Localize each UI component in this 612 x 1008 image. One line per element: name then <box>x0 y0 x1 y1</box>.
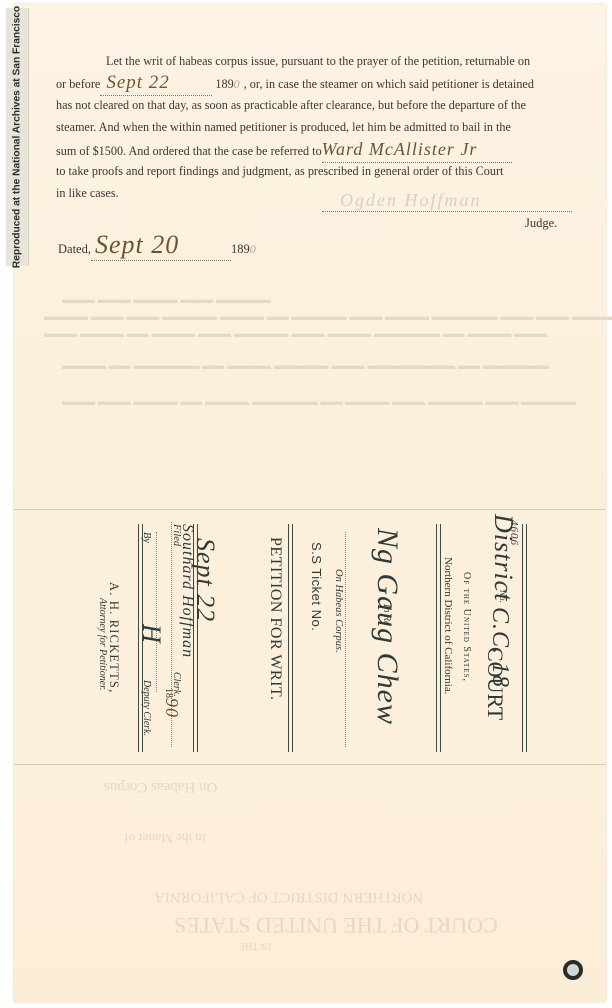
handwritten-file-number: 4606 <box>508 520 520 546</box>
endorsement-panel: A. H. RICKETTS, Attorney for Petitioner.… <box>108 512 528 752</box>
double-rule <box>522 524 527 752</box>
dotted-rule <box>345 532 346 747</box>
archive-stamp-text: Reproduced at the National Archives at S… <box>12 6 23 268</box>
dated-line: Dated,Sept 201890 <box>58 230 257 261</box>
order-line: or beforeSept 22 1890 , or, in case the … <box>56 72 534 96</box>
bleed-through-text: ▬▬▬ ▬▬▬▬ ▬▬ ▬▬▬▬ ▬▬▬ ▬▬▬▬▬ ▬▬▬ ▬▬▬▬ ▬▬▬▬… <box>44 328 547 340</box>
district-name: Northern District of California. <box>442 557 454 694</box>
double-rule <box>436 524 441 752</box>
dotted-rule <box>156 532 157 692</box>
attorney-role: Attorney for Petitioner. <box>97 598 108 691</box>
order-line: to take proofs and report findings and j… <box>56 160 503 182</box>
order-line: in like cases. <box>56 182 119 204</box>
order-line: Let the writ of habeas corpus issue, pur… <box>106 50 530 72</box>
handwritten-return-date: Sept 22 <box>106 72 169 93</box>
order-line: steamer. And when the within named petit… <box>56 116 511 138</box>
attorney-name: A. H. RICKETTS, <box>106 582 121 693</box>
by-label: By <box>141 532 152 543</box>
deputy-clerk-label: Deputy Clerk. <box>141 680 152 736</box>
page-bottom-section <box>14 764 606 1002</box>
case-number-label: No. <box>498 590 508 603</box>
fold-line-upper <box>14 509 606 510</box>
handwritten-deputy-initial: H <box>136 624 166 644</box>
filed-label: Filed <box>171 524 182 546</box>
handwritten-case-number: C.C. 18 <box>486 607 513 688</box>
order-line: has not cleared on that day, as soon as … <box>56 94 526 116</box>
handwritten-referee-name: Ward McAllister Jr <box>322 139 478 159</box>
filed-year: 1890 <box>161 688 182 718</box>
judge-label: Judge. <box>525 216 557 231</box>
ticket-number-label: S.S Ticket No. <box>309 542 324 631</box>
binding-hole-icon <box>563 960 583 980</box>
bleed-through-text: ▬▬▬▬ ▬▬▬ ▬▬▬ ▬▬▬▬▬ ▬▬▬▬ ▬▬ ▬▬▬▬▬ ▬▬▬ ▬▬▬… <box>44 311 612 323</box>
fold-line-lower <box>14 764 606 765</box>
in-re-label: In Re <box>381 604 392 625</box>
bleed-through-mirror-text: On Habeas Corpus <box>104 778 217 795</box>
handwritten-filed-date: Sept 22 <box>190 538 220 622</box>
bleed-through-mirror-text: NORTHERN DISTRICT OF CALIFORNIA <box>154 888 423 905</box>
document-title: PETITION FOR WRIT. <box>266 537 284 701</box>
bleed-through-text: ▬▬▬ ▬▬▬ ▬▬▬▬ ▬▬▬ ▬▬▬▬▬ <box>62 294 271 306</box>
handwritten-dated: Sept 20 <box>95 230 179 259</box>
on-habeas-corpus: On Habeas Corpus. <box>333 569 344 653</box>
judge-signature: Ogden Hoffman <box>340 190 482 211</box>
double-rule <box>288 524 293 752</box>
bleed-through-text: ▬▬▬▬ ▬▬ ▬▬▬▬▬▬ ▬▬ ▬▬▬▬ ▬▬▬▬▬ ▬▬▬ ▬▬▬▬▬▬▬… <box>62 360 549 372</box>
bleed-through-text: ▬▬▬ ▬▬▬ ▬▬▬▬ ▬▬ ▬▬▬▬ ▬▬▬▬▬▬ ▬▬ ▬▬▬▬ ▬▬▬ … <box>62 396 576 408</box>
bleed-through-mirror-text: IN THE <box>239 940 271 951</box>
bleed-through-mirror-text: In the Matter of <box>124 830 206 846</box>
judge-signature-line <box>322 211 572 212</box>
of-united-states: Of the United States, <box>461 572 472 682</box>
handwritten-petitioner-name: Ng Gaug Chew <box>370 528 404 725</box>
bleed-through-mirror-text: COURT OF THE UNITED STATES <box>174 912 498 938</box>
